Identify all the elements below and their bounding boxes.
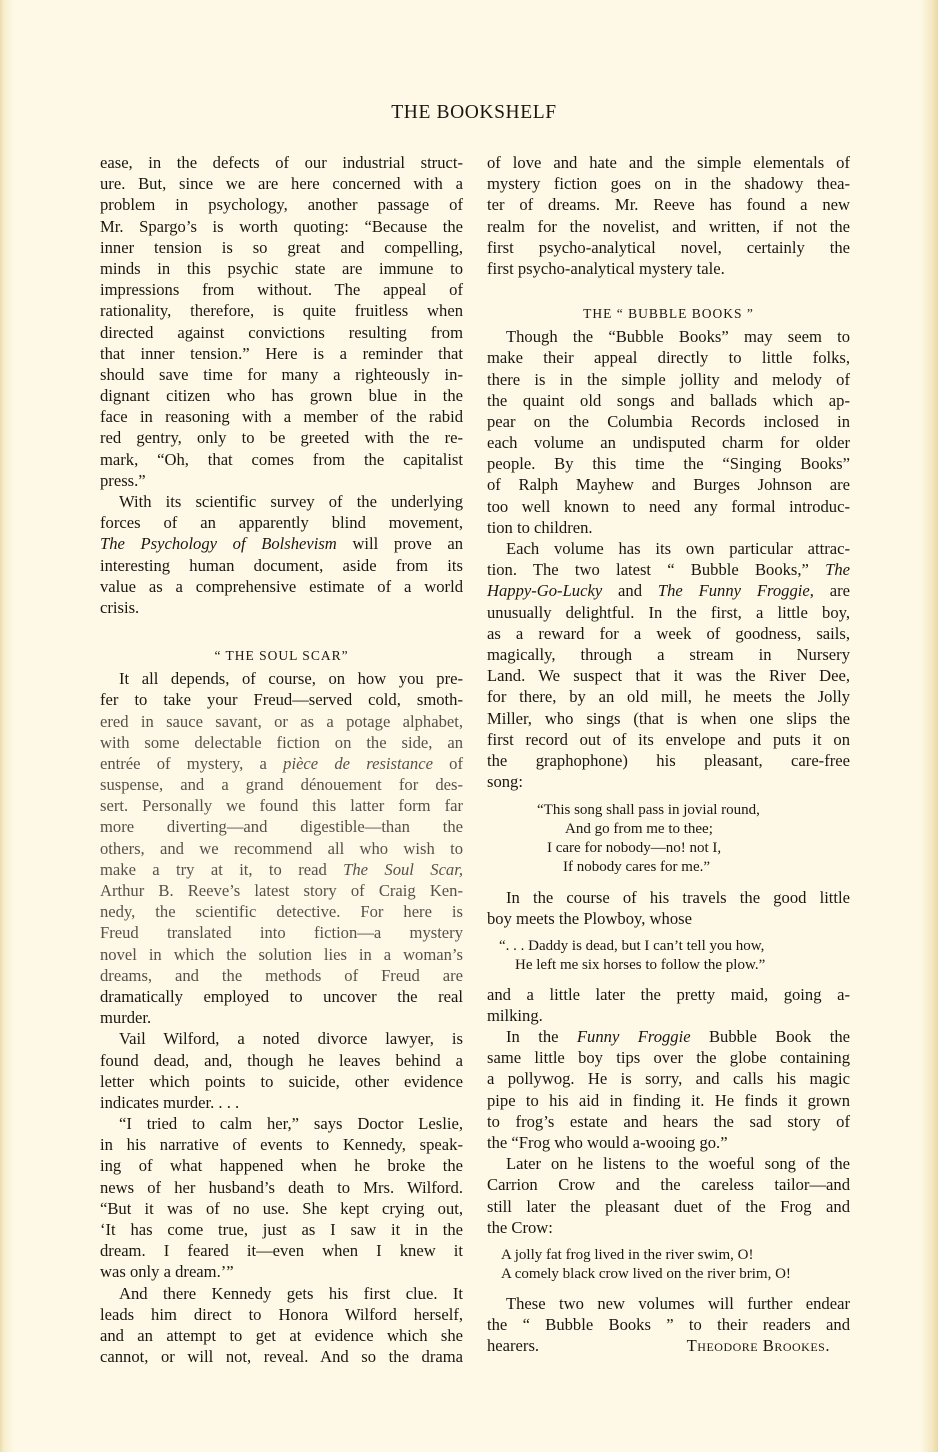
document-page: THE BOOKSHELF ease, in the defects of ou…	[0, 0, 938, 1452]
text-line: people. By this time the “Singing Books”	[487, 453, 850, 474]
text-line: interesting human document, aside from i…	[100, 555, 463, 576]
text-line: ing of what happened when he broke the	[100, 1155, 463, 1176]
text-line: With its scientific survey of the underl…	[100, 491, 463, 512]
paragraph: and a little later the pretty maid, goin…	[487, 984, 850, 1026]
text-line: each volume an undisputed charm for olde…	[487, 432, 850, 453]
text-line: Carrion Crow and the careless tailor—and	[487, 1174, 850, 1195]
text-line: the graphophone) his pleasant, care-free	[487, 750, 850, 771]
text-line: was only a dream.’”	[100, 1261, 463, 1282]
text-line: cannot, or will not, reveal. And so the …	[100, 1346, 463, 1367]
text-line: These two new volumes will further endea…	[487, 1293, 850, 1314]
paragraph: These two new volumes will further endea…	[487, 1293, 850, 1357]
text-line: too well known to need any formal introd…	[487, 496, 850, 517]
text-line: dignant citizen who has grown blue in th…	[100, 385, 463, 406]
text-line: song:	[487, 771, 850, 792]
text-line: Arthur B. Reeve’s latest story of Craig …	[100, 880, 463, 901]
text-line: that inner tension.” Here is a reminder …	[100, 343, 463, 364]
paragraph: Though the “Bubble Books” may seem to ma…	[487, 326, 850, 538]
text-line: still later the pleasant duet of the Fro…	[487, 1196, 850, 1217]
text-line: value as a comprehensive estimate of a w…	[100, 576, 463, 597]
paragraph: It all depends, of course, on how you pr…	[100, 668, 463, 1028]
text-line: of love and hate and the simple elementa…	[487, 152, 850, 173]
text-line: boy meets the Plowboy, whose	[487, 908, 850, 929]
text-line: of Ralph Mayhew and Burges Johnson are	[487, 474, 850, 495]
verse-line: “This song shall pass in jovial round,	[537, 801, 850, 820]
paragraph: Later on he listens to the woeful song o…	[487, 1153, 850, 1238]
text-line: minds in this psychic state are immune t…	[100, 258, 463, 279]
text-line: the quaint old songs and ballads which a…	[487, 390, 850, 411]
author-signature: Theodore Brookes.	[687, 1335, 830, 1356]
verse-line: He left me six horses to follow the plow…	[499, 956, 850, 975]
verse-line: I care for nobody—no! not I,	[537, 839, 850, 858]
text-line: nedy, the scientific detective. For here…	[100, 901, 463, 922]
text-line: should save time for many a righteously …	[100, 364, 463, 385]
verse-line: A comely black crow lived on the river b…	[501, 1265, 850, 1284]
text-line: the “ Bubble Books ” to their readers an…	[487, 1314, 850, 1335]
text-line: same little boy tips over the globe cont…	[487, 1047, 850, 1068]
left-column: ease, in the defects of our industrial s…	[100, 152, 463, 1367]
book-title: The Psychology of Bolshevism	[100, 534, 337, 553]
text-line: Each volume has its own particular attra…	[487, 538, 850, 559]
text-line: dreams, and the methods of Freud are	[100, 965, 463, 986]
paragraph: And there Kennedy gets his first clue. I…	[100, 1283, 463, 1368]
text-line: more diverting—and digestible—than the	[100, 816, 463, 837]
text-line: in his narrative of events to Kennedy, s…	[100, 1134, 463, 1155]
text-line: tion. The two latest “ Bubble Books,” Th…	[487, 559, 850, 580]
book-title: The Soul Scar,	[343, 860, 463, 879]
book-title: The Funny Froggie	[658, 581, 810, 600]
text-line: Happy-Go-Lucky and The Funny Froggie, ar…	[487, 580, 850, 601]
text-line: It all depends, of course, on how you pr…	[100, 668, 463, 689]
text-line: as a reward for a week of goodness, sail…	[487, 623, 850, 644]
text-line: forces of an apparently blind movement,	[100, 512, 463, 533]
text-line: directed against convictions resulting f…	[100, 322, 463, 343]
verse-block: “This song shall pass in jovial round, A…	[487, 792, 850, 887]
text-line: news of her husband’s death to Mrs. Wilf…	[100, 1177, 463, 1198]
verse-line: If nobody cares for me.”	[537, 858, 850, 877]
text-line: Freud translated into fiction—a mystery	[100, 922, 463, 943]
text-line: tion to children.	[487, 517, 850, 538]
text-line: dramatically employed to uncover the rea…	[100, 986, 463, 1007]
text-line: and an attempt to get at evidence which …	[100, 1325, 463, 1346]
text-line: inner tension is so great and compelling…	[100, 237, 463, 258]
text-line: and a little later the pretty maid, goin…	[487, 984, 850, 1005]
running-head: THE BOOKSHELF	[0, 102, 938, 124]
text-line: Miller, who sings (that is when one slip…	[487, 708, 850, 729]
text-line: letter which points to suicide, other ev…	[100, 1071, 463, 1092]
paragraph: Each volume has its own particular attra…	[487, 538, 850, 792]
text-line: suspense, and a grand dénouement for des…	[100, 774, 463, 795]
text-line: pipe to his aid in finding it. He finds …	[487, 1090, 850, 1111]
text-line: leads him direct to Honora Wilford herse…	[100, 1304, 463, 1325]
text-line: murder.	[100, 1007, 463, 1028]
text-line: “I tried to calm her,” says Doctor Lesli…	[100, 1113, 463, 1134]
text-line: “But it was of no use. She kept crying o…	[100, 1198, 463, 1219]
text-line: The Psychology of Bolshevism will prove …	[100, 533, 463, 554]
text-line: the “Frog who would a-wooing go.”	[487, 1132, 850, 1153]
text-line: first record out of its envelope and put…	[487, 729, 850, 750]
text-line: entrée of mystery, a pièce de resistance…	[100, 753, 463, 774]
text-line: Land. We suspect that it was the River D…	[487, 665, 850, 686]
text-line: others, and we recommend all who wish to	[100, 838, 463, 859]
text-line: ‘It has come true, just as I saw it in t…	[100, 1219, 463, 1240]
text-line: unusually delightful. In the first, a li…	[487, 602, 850, 623]
verse-block: “. . . Daddy is dead, but I can’t tell y…	[487, 930, 850, 984]
text-line: the Crow:	[487, 1217, 850, 1238]
text-line: red gentry, only to be greeted with the …	[100, 427, 463, 448]
text-line: magically, through a stream in Nursery	[487, 644, 850, 665]
paragraph: In the Funny Froggie Bubble Book the sam…	[487, 1026, 850, 1153]
text-line: Though the “Bubble Books” may seem to	[487, 326, 850, 347]
text-line: rationality, therefore, is quite fruitle…	[100, 300, 463, 321]
text-line: face in reasoning with a member of the r…	[100, 406, 463, 427]
text-line: to frog’s estate and hears the sad story…	[487, 1111, 850, 1132]
verse-line: And go from me to thee;	[537, 820, 850, 839]
text-line: And there Kennedy gets his first clue. I…	[100, 1283, 463, 1304]
text-line: Later on he listens to the woeful song o…	[487, 1153, 850, 1174]
text-line: indicates murder. . . .	[100, 1092, 463, 1113]
text-line: ter of dreams. Mr. Reeve has found a new	[487, 194, 850, 215]
text-line: hearers. Theodore Brookes.	[487, 1335, 850, 1356]
text-line: a pollywog. He is sorry, and calls his m…	[487, 1068, 850, 1089]
text-line: found dead, and, though he leaves behind…	[100, 1050, 463, 1071]
text-line: ease, in the defects of our industrial s…	[100, 152, 463, 173]
section-heading-bubble-books: THE “ BUBBLE BOOKS ”	[487, 303, 850, 326]
text-line: first psycho-analytical novel, certainly…	[487, 237, 850, 258]
text-line: Vail Wilford, a noted divorce lawyer, is	[100, 1028, 463, 1049]
text-line: there is in the simple jollity and melod…	[487, 369, 850, 390]
paragraph: “I tried to calm her,” says Doctor Lesli…	[100, 1113, 463, 1283]
text-line: milking.	[487, 1005, 850, 1026]
text-line: make a try at it, to read The Soul Scar,	[100, 859, 463, 880]
paragraph: of love and hate and the simple elementa…	[487, 152, 850, 279]
text-line: dream. I feared it—even when I knew it	[100, 1240, 463, 1261]
paragraph: In the course of his travels the good li…	[487, 887, 850, 929]
text-line: mystery fiction goes on in the shadowy t…	[487, 173, 850, 194]
spacer	[487, 279, 850, 303]
right-column: of love and hate and the simple elementa…	[487, 152, 850, 1356]
book-title: Happy-Go-Lucky	[487, 581, 602, 600]
spacer	[100, 618, 463, 645]
section-heading-soul-scar: “ THE SOUL SCAR”	[100, 645, 463, 668]
text-line: problem in psychology, another passage o…	[100, 194, 463, 215]
text-line: novel in which the solution lies in a wo…	[100, 944, 463, 965]
paragraph: Vail Wilford, a noted divorce lawyer, is…	[100, 1028, 463, 1113]
text-line: fer to take your Freud—served cold, smot…	[100, 689, 463, 710]
text-line: impressions from without. The appeal of	[100, 279, 463, 300]
text-line: sert. Personally we found this latter fo…	[100, 795, 463, 816]
text-line: press.”	[100, 470, 463, 491]
verse-line: “. . . Daddy is dead, but I can’t tell y…	[499, 937, 850, 956]
text-line: realm for the novelist, and written, if …	[487, 216, 850, 237]
text-line: make their appeal directly to little fol…	[487, 347, 850, 368]
text-line: crisis.	[100, 597, 463, 618]
text-line: Mr. Spargo’s is worth quoting: “Because …	[100, 216, 463, 237]
book-title: Funny Froggie	[577, 1027, 691, 1046]
text-line: mark, “Oh, that comes from the capitalis…	[100, 449, 463, 470]
text-line: for there, by an old mill, he meets the …	[487, 686, 850, 707]
verse-block: A jolly fat frog lived in the river swim…	[487, 1238, 850, 1293]
paragraph: With its scientific survey of the underl…	[100, 491, 463, 618]
text-line: with some delectable fiction on the side…	[100, 732, 463, 753]
text-line: pear on the Columbia Records inclosed in	[487, 411, 850, 432]
text-line: In the Funny Froggie Bubble Book the	[487, 1026, 850, 1047]
verse-line: A jolly fat frog lived in the river swim…	[501, 1246, 850, 1265]
paragraph: ease, in the defects of our industrial s…	[100, 152, 463, 491]
text-line: ure. But, since we are here concerned wi…	[100, 173, 463, 194]
text-line: In the course of his travels the good li…	[487, 887, 850, 908]
text-line: ered in sauce savant, or as a potage alp…	[100, 711, 463, 732]
text-line: first psycho-analytical mystery tale.	[487, 258, 850, 279]
